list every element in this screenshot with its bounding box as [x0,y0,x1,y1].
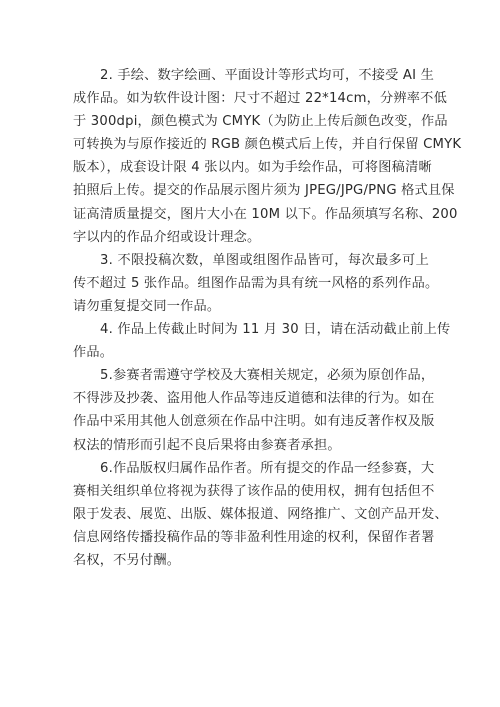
text-line: 拍照后上传。提交的作品展示图片须为 JPEG/JPG/PNG 格式且保 [73,179,429,202]
text-line: 作品。 [73,341,429,364]
text-line: 请勿重复提交同一作品。 [73,295,429,318]
text-line: 传不超过 5 张作品。组图作品需为具有统一风格的系列作品。 [73,272,429,295]
text-line: 作品中采用其他人创意须在作品中注明。如有违反著作权及版 [73,410,429,433]
text-line: 权法的情形而引起不良后果将由参赛者承担。 [73,434,429,457]
text-line: 可转换为与原作接近的 RGB 颜色模式后上传，并自行保留 CMYK [73,133,429,156]
text-line: 名权，不另付酬。 [73,549,429,572]
paragraph-rule-5: 5.参赛者需遵守学校及大赛相关规定，必须为原创作品， 不得涉及抄袭、盗用他人作品… [73,364,429,456]
text-line: 信息网络传播投稿作品的等非盈利性用途的权利，保留作者署 [73,526,429,549]
paragraph-rule-4: 4. 作品上传截止时间为 11 月 30 日，请在活动截止前上传 作品。 [73,318,429,364]
text-line: 于 300dpi，颜色模式为 CMYK（为防止上传后颜色改变，作品 [73,110,429,133]
text-line: 限于发表、展览、出版、媒体报道、网络推广、文创产品开发、 [73,503,429,526]
text-line: 成作品。如为软件设计图：尺寸不超过 22*14cm，分辨率不低 [73,87,429,110]
text-line: 2. 手绘、数字绘画、平面设计等形式均可，不接受 AI 生 [73,64,429,87]
text-line: 字以内的作品介绍或设计理念。 [73,226,429,249]
text-line: 不得涉及抄袭、盗用他人作品等违反道德和法律的行为。如在 [73,387,429,410]
text-line: 4. 作品上传截止时间为 11 月 30 日，请在活动截止前上传 [73,318,429,341]
paragraph-rule-2: 2. 手绘、数字绘画、平面设计等形式均可，不接受 AI 生 成作品。如为软件设计… [73,64,429,249]
paragraph-rule-3: 3. 不限投稿次数，单图或组图作品皆可，每次最多可上 传不超过 5 张作品。组图… [73,249,429,318]
text-line: 版本），成套设计限 4 张以内。如为手绘作品，可将图稿清晰 [73,156,429,179]
paragraph-rule-6: 6.作品版权归属作品作者。所有提交的作品一经参赛，大 赛相关组织单位将视为获得了… [73,457,429,572]
text-line: 5.参赛者需遵守学校及大赛相关规定，必须为原创作品， [73,364,429,387]
text-line: 证高清质量提交，图片大小在 10M 以下。作品须填写名称、200 [73,203,429,226]
text-line: 6.作品版权归属作品作者。所有提交的作品一经参赛，大 [73,457,429,480]
text-line: 赛相关组织单位将视为获得了该作品的使用权，拥有包括但不 [73,480,429,503]
document-page: 2. 手绘、数字绘画、平面设计等形式均可，不接受 AI 生 成作品。如为软件设计… [73,64,429,572]
text-line: 3. 不限投稿次数，单图或组图作品皆可，每次最多可上 [73,249,429,272]
